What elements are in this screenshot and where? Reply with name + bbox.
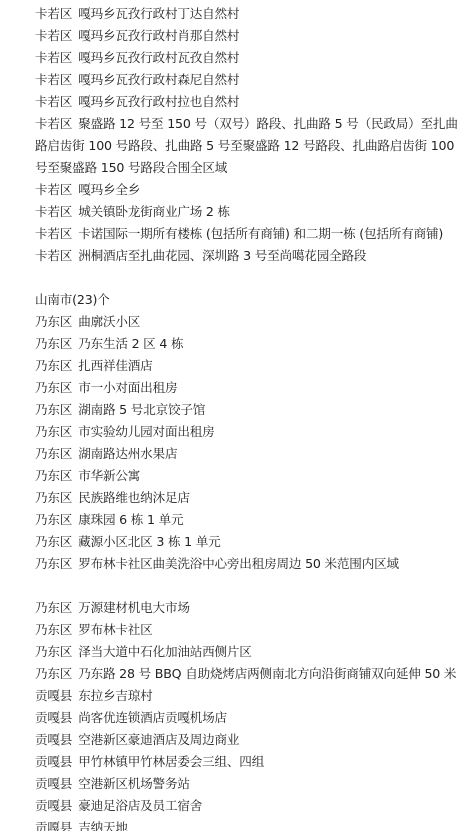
place-text: 吉纳天地 bbox=[78, 820, 128, 831]
place-text: 豪迪足浴店及员工宿舍 bbox=[78, 798, 202, 813]
list-item: 乃东区湖南路达州水果店 bbox=[35, 443, 463, 465]
list-item: 卡若区嘎玛乡瓦孜行政村丁达自然村 bbox=[35, 3, 463, 25]
district-label: 乃东区 bbox=[35, 556, 72, 571]
district-label: 乃东区 bbox=[35, 600, 72, 615]
place-text: 罗布林卡社区曲美洗浴中心旁出租房周边 50 米范围内区域 bbox=[78, 556, 399, 571]
place-text: 嘎玛乡瓦孜行政村森尼自然村 bbox=[78, 72, 239, 87]
list-item: 乃东区市华新公寓 bbox=[35, 465, 463, 487]
place-text: 曲廓沃小区 bbox=[78, 314, 140, 329]
district-label: 乃东区 bbox=[35, 622, 72, 637]
list-item: 卡若区嘎玛乡瓦孜行政村森尼自然村 bbox=[35, 69, 463, 91]
district-label: 卡若区 bbox=[35, 94, 72, 109]
list-item: 乃东区藏源小区北区 3 栋 1 单元 bbox=[35, 531, 463, 553]
place-text: 洲桐酒店至扎曲花园、深圳路 3 号至尚噶花园全路段 bbox=[78, 248, 366, 263]
list-item: 卡若区城关镇卧龙街商业广场 2 栋 bbox=[35, 201, 463, 223]
list-item: 卡若区聚盛路 12 号至 150 号（双号）路段、扎曲路 5 号（民政局）至扎曲… bbox=[35, 113, 463, 179]
district-label: 乃东区 bbox=[35, 512, 72, 527]
list-item: 卡若区卡诺国际一期所有楼栋 (包括所有商铺) 和二期一栋 (包括所有商铺) bbox=[35, 223, 463, 245]
list-item: 卡若区嘎玛乡全乡 bbox=[35, 179, 463, 201]
place-text: 万源建材机电大市场 bbox=[78, 600, 190, 615]
district-label: 乃东区 bbox=[35, 644, 72, 659]
blank-line bbox=[35, 267, 463, 289]
district-label: 卡若区 bbox=[35, 116, 72, 131]
place-text: 乃东路 28 号 BBQ 自助烧烤店两侧南北方向沿街商铺双向延伸 50 米 bbox=[78, 666, 456, 681]
place-text: 嘎玛乡全乡 bbox=[78, 182, 140, 197]
list-item: 贡嘎县豪迪足浴店及员工宿舍 bbox=[35, 795, 463, 817]
list-item: 卡若区嘎玛乡瓦孜行政村肖那自然村 bbox=[35, 25, 463, 47]
district-label: 乃东区 bbox=[35, 402, 72, 417]
district-label: 乃东区 bbox=[35, 424, 72, 439]
district-label: 乃东区 bbox=[35, 468, 72, 483]
list-item: 乃东区乃东路 28 号 BBQ 自助烧烤店两侧南北方向沿街商铺双向延伸 50 米 bbox=[35, 663, 463, 685]
place-text: 湖南路 5 号北京饺子馆 bbox=[78, 402, 205, 417]
list-item: 乃东区罗布林卡社区 bbox=[35, 619, 463, 641]
district-label: 贡嘎县 bbox=[35, 688, 72, 703]
district-label: 卡若区 bbox=[35, 226, 72, 241]
place-text: 空港新区豪迪酒店及周边商业 bbox=[78, 732, 239, 747]
list-item: 乃东区泽当大道中石化加油站西侧片区 bbox=[35, 641, 463, 663]
district-label: 乃东区 bbox=[35, 666, 72, 681]
place-text: 扎西祥佳酒店 bbox=[78, 358, 152, 373]
section-heading: 山南市(23)个 bbox=[35, 289, 463, 311]
district-label: 贡嘎县 bbox=[35, 798, 72, 813]
district-label: 贡嘎县 bbox=[35, 754, 72, 769]
list-item: 卡若区嘎玛乡瓦孜行政村瓦孜自然村 bbox=[35, 47, 463, 69]
district-label: 乃东区 bbox=[35, 534, 72, 549]
district-label: 乃东区 bbox=[35, 358, 72, 373]
place-text: 湖南路达州水果店 bbox=[78, 446, 177, 461]
section-karuo: 卡若区嘎玛乡瓦孜行政村丁达自然村 卡若区嘎玛乡瓦孜行政村肖那自然村 卡若区嘎玛乡… bbox=[35, 3, 463, 267]
list-item: 卡若区洲桐酒店至扎曲花园、深圳路 3 号至尚噶花园全路段 bbox=[35, 245, 463, 267]
place-text: 嘎玛乡瓦孜行政村拉也自然村 bbox=[78, 94, 239, 109]
list-item: 乃东区康珠园 6 栋 1 单元 bbox=[35, 509, 463, 531]
list-item: 贡嘎县吉纳天地 bbox=[35, 817, 463, 831]
place-text: 卡诺国际一期所有楼栋 (包括所有商铺) 和二期一栋 (包括所有商铺) bbox=[78, 226, 443, 241]
district-label: 乃东区 bbox=[35, 336, 72, 351]
list-item: 贡嘎县东拉乡吉琼村 bbox=[35, 685, 463, 707]
place-text: 嘎玛乡瓦孜行政村丁达自然村 bbox=[78, 6, 239, 21]
place-text: 罗布林卡社区 bbox=[78, 622, 152, 637]
district-label: 贡嘎县 bbox=[35, 776, 72, 791]
district-label: 卡若区 bbox=[35, 204, 72, 219]
list-item: 乃东区市实验幼儿园对面出租房 bbox=[35, 421, 463, 443]
place-text: 空港新区机场警务站 bbox=[78, 776, 190, 791]
district-label: 乃东区 bbox=[35, 314, 72, 329]
place-text: 泽当大道中石化加油站西侧片区 bbox=[78, 644, 252, 659]
district-label: 乃东区 bbox=[35, 446, 72, 461]
place-text: 聚盛路 12 号至 150 号（双号）路段、扎曲路 5 号（民政局）至扎曲路启齿… bbox=[35, 116, 458, 175]
place-text: 甲竹林镇甲竹林居委会三组、四组 bbox=[78, 754, 264, 769]
list-item: 乃东区万源建材机电大市场 bbox=[35, 597, 463, 619]
place-text: 东拉乡吉琼村 bbox=[78, 688, 152, 703]
list-item: 乃东区市一小对面出租房 bbox=[35, 377, 463, 399]
place-text: 市实验幼儿园对面出租房 bbox=[78, 424, 214, 439]
document-body: 卡若区嘎玛乡瓦孜行政村丁达自然村 卡若区嘎玛乡瓦孜行政村肖那自然村 卡若区嘎玛乡… bbox=[35, 3, 463, 831]
district-label: 贡嘎县 bbox=[35, 732, 72, 747]
district-label: 乃东区 bbox=[35, 380, 72, 395]
list-item: 贡嘎县尚客优连锁酒店贡嘎机场店 bbox=[35, 707, 463, 729]
list-item: 乃东区民族路维也纳沐足店 bbox=[35, 487, 463, 509]
place-text: 市一小对面出租房 bbox=[78, 380, 177, 395]
district-label: 卡若区 bbox=[35, 182, 72, 197]
district-label: 乃东区 bbox=[35, 490, 72, 505]
place-text: 嘎玛乡瓦孜行政村肖那自然村 bbox=[78, 28, 239, 43]
place-text: 市华新公寓 bbox=[78, 468, 140, 483]
place-text: 嘎玛乡瓦孜行政村瓦孜自然村 bbox=[78, 50, 239, 65]
place-text: 乃东生活 2 区 4 栋 bbox=[78, 336, 183, 351]
district-label: 贡嘎县 bbox=[35, 710, 72, 725]
district-label: 卡若区 bbox=[35, 72, 72, 87]
blank-line bbox=[35, 575, 463, 597]
list-item: 乃东区扎西祥佳酒店 bbox=[35, 355, 463, 377]
section-shannan-continued: 乃东区万源建材机电大市场 乃东区罗布林卡社区 乃东区泽当大道中石化加油站西侧片区… bbox=[35, 597, 463, 831]
list-item: 乃东区曲廓沃小区 bbox=[35, 311, 463, 333]
list-item: 乃东区乃东生活 2 区 4 栋 bbox=[35, 333, 463, 355]
list-item: 卡若区嘎玛乡瓦孜行政村拉也自然村 bbox=[35, 91, 463, 113]
list-item: 贡嘎县甲竹林镇甲竹林居委会三组、四组 bbox=[35, 751, 463, 773]
list-item: 贡嘎县空港新区机场警务站 bbox=[35, 773, 463, 795]
district-label: 卡若区 bbox=[35, 248, 72, 263]
district-label: 卡若区 bbox=[35, 6, 72, 21]
district-label: 贡嘎县 bbox=[35, 820, 72, 831]
place-text: 尚客优连锁酒店贡嘎机场店 bbox=[78, 710, 227, 725]
place-text: 康珠园 6 栋 1 单元 bbox=[78, 512, 183, 527]
place-text: 民族路维也纳沐足店 bbox=[78, 490, 190, 505]
list-item: 乃东区罗布林卡社区曲美洗浴中心旁出租房周边 50 米范围内区域 bbox=[35, 553, 463, 575]
section-shannan: 山南市(23)个 乃东区曲廓沃小区 乃东区乃东生活 2 区 4 栋 乃东区扎西祥… bbox=[35, 289, 463, 575]
list-item: 贡嘎县空港新区豪迪酒店及周边商业 bbox=[35, 729, 463, 751]
place-text: 藏源小区北区 3 栋 1 单元 bbox=[78, 534, 220, 549]
place-text: 城关镇卧龙街商业广场 2 栋 bbox=[78, 204, 230, 219]
district-label: 卡若区 bbox=[35, 28, 72, 43]
list-item: 乃东区湖南路 5 号北京饺子馆 bbox=[35, 399, 463, 421]
district-label: 卡若区 bbox=[35, 50, 72, 65]
